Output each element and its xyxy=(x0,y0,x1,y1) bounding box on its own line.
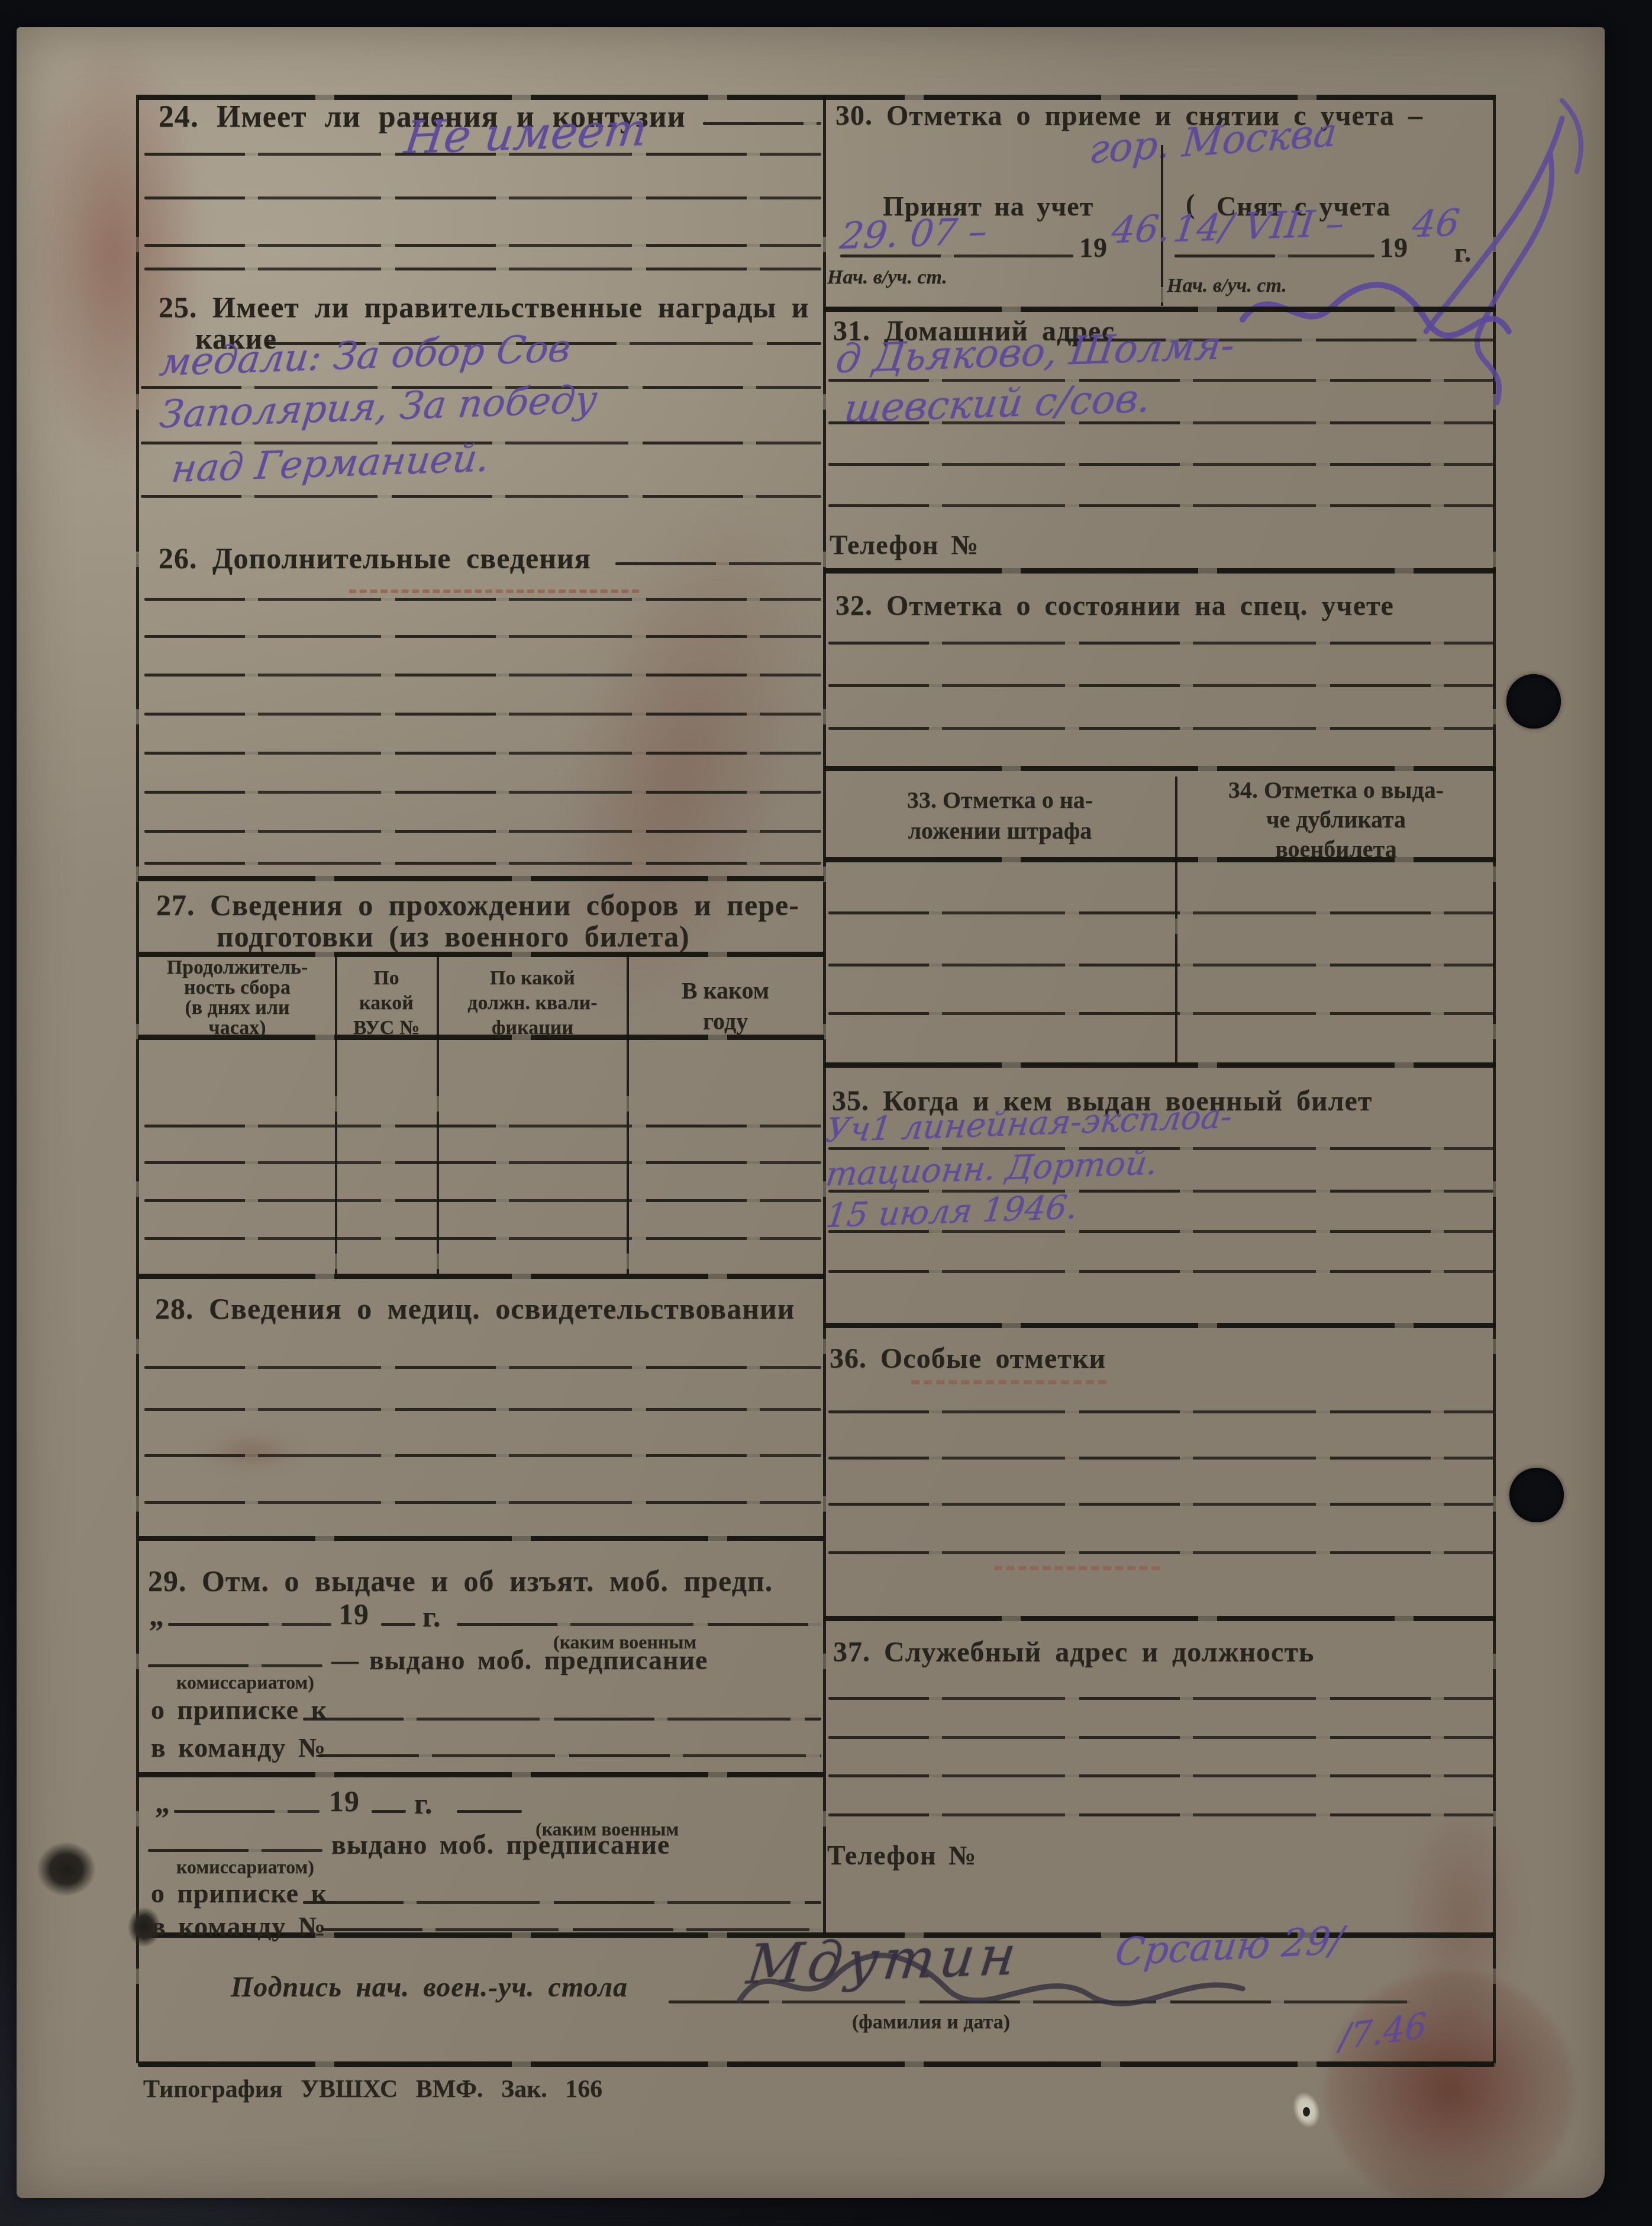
table-row-line xyxy=(828,964,1493,967)
item27-title-line2: подготовки (из военного билета) xyxy=(217,919,690,953)
blank-line xyxy=(457,1810,522,1813)
ruled-line xyxy=(828,421,1493,424)
ruled-line xyxy=(144,635,821,638)
col4-line1: В каком xyxy=(682,977,769,1004)
scanned-military-card-back: 24. Имеет ли ранения и контузии Не имеет… xyxy=(0,0,1652,2226)
vydano-label: выдано моб. предписание xyxy=(369,1644,708,1676)
punch-hole-bottom xyxy=(1509,1468,1564,1522)
item26-title-rule xyxy=(615,562,821,565)
blank-line xyxy=(148,1849,322,1852)
ruled-line xyxy=(144,153,821,156)
ruled-line xyxy=(828,1736,1493,1739)
paper-tear-speck xyxy=(1303,2107,1310,2117)
signature-section-bottom xyxy=(138,2061,1496,2067)
blank-line xyxy=(174,1810,320,1813)
komanda-label: в команду № xyxy=(151,1732,326,1763)
table-row-line xyxy=(144,1237,821,1240)
item25-title-line1: 25. Имеет ли правительственные награды и xyxy=(159,290,809,324)
ruled-line xyxy=(828,504,1493,507)
section27-top-border xyxy=(138,876,824,881)
ruled-line xyxy=(144,244,821,247)
ruled-line xyxy=(141,495,821,498)
ruled-line xyxy=(144,830,821,833)
blank-line xyxy=(381,1623,415,1626)
col4-line2: году xyxy=(703,1008,748,1035)
item30-handwriting-date-left: 29. 07 – xyxy=(838,209,990,257)
officer-signature-flourish xyxy=(1231,83,1609,473)
ruled-line xyxy=(828,463,1493,466)
komanda-label: в команду № xyxy=(151,1911,326,1942)
blank-line xyxy=(457,1623,821,1626)
year-prefix: 19 xyxy=(338,1597,369,1631)
col1-line1: Продолжитель- xyxy=(167,956,308,978)
punch-hole-top xyxy=(1506,674,1561,729)
red-smudge-small xyxy=(201,1438,302,1465)
ruled-line xyxy=(828,1457,1493,1460)
blank-line xyxy=(168,1623,331,1626)
item31-bottom-border xyxy=(824,568,1496,574)
blank-line xyxy=(372,1810,406,1813)
table-col1-header: Продолжитель- ность сбора (в днях или ча… xyxy=(142,958,333,1038)
year-prefix: 19 xyxy=(1079,232,1108,263)
item33-34-header-bottom xyxy=(824,857,1496,862)
blank-line xyxy=(318,1754,821,1757)
item33-line1: 33. Отметка о на- xyxy=(907,787,1093,813)
item35-bottom-border xyxy=(824,1323,1496,1328)
table-col3-header: По какой должн. квали- фикации xyxy=(439,966,626,1040)
pripiska-label: о приписке к xyxy=(151,1877,327,1909)
col3-line2: должн. квали- xyxy=(467,992,597,1014)
ruled-line xyxy=(828,379,1493,382)
ruled-line xyxy=(144,1366,821,1369)
ruled-line xyxy=(828,1813,1493,1816)
col1-line4: часах) xyxy=(208,1017,266,1039)
ruled-line xyxy=(828,1551,1493,1554)
table-row-line xyxy=(144,1199,821,1202)
year-prefix: 19 xyxy=(329,1784,360,1818)
red-stain-right-streak xyxy=(1396,1793,1527,2042)
item34-line1: 34. Отметка о выда- xyxy=(1228,777,1444,803)
komissariatom-hint: комиссариатом) xyxy=(176,1856,314,1878)
item33-line2: ложении штрафа xyxy=(908,817,1092,844)
red-dashed-mark xyxy=(349,589,639,597)
section28-bottom-border xyxy=(138,1536,824,1541)
year-suffix: г. xyxy=(414,1786,433,1821)
ruled-line xyxy=(144,598,821,601)
red-faint-mark xyxy=(911,1380,1106,1389)
form-center-divider xyxy=(823,95,826,1934)
ruled-line xyxy=(144,1454,821,1457)
ruled-line xyxy=(828,1697,1493,1700)
blank-line xyxy=(303,1718,821,1721)
komissariatom-hint: комиссариатом) xyxy=(176,1671,314,1693)
form-border-left xyxy=(136,95,139,2063)
ruled-line xyxy=(144,1501,821,1504)
ink-blot-border xyxy=(128,1907,161,1947)
typography-imprint: Типография УВШХС ВМФ. Зак. 166 xyxy=(143,2075,602,2103)
table-row-line xyxy=(828,911,1493,914)
ruled-line xyxy=(144,791,821,794)
vydano-label: выдано моб. предписание xyxy=(331,1829,670,1860)
table-bottom-border xyxy=(138,1274,824,1279)
item32-bottom-border xyxy=(824,766,1496,771)
table-col2-header: По какой ВУС № xyxy=(337,966,435,1040)
col3-line1: По какой xyxy=(490,967,575,989)
quote-mark: „ xyxy=(149,1598,164,1632)
item26-title: 26. Дополнительные сведения xyxy=(159,541,591,575)
item37-title: 37. Служебный адрес и должность xyxy=(833,1636,1314,1668)
ruled-line xyxy=(828,1190,1493,1193)
item28-title: 28. Сведения о медиц. освидетельствовани… xyxy=(155,1291,795,1326)
ruled-line xyxy=(828,1774,1493,1777)
red-faint-mark xyxy=(994,1566,1160,1574)
officer-label-left: Нач. в/уч. ст. xyxy=(827,266,947,289)
item36-title: 36. Особые отметки xyxy=(830,1342,1106,1375)
col3-line3: фикации xyxy=(492,1017,573,1039)
item24-title-rule xyxy=(703,122,821,125)
ruled-line xyxy=(144,196,821,199)
item34-header: 34. Отметка о выда- че дубликата военбил… xyxy=(1180,775,1492,864)
table-row-line xyxy=(144,1125,821,1128)
pripiska-label: о приписке к xyxy=(151,1694,327,1725)
year-suffix: г. xyxy=(422,1599,441,1634)
ruled-line xyxy=(828,1230,1493,1233)
col2-line2: какой xyxy=(359,992,414,1014)
blank-line xyxy=(148,1664,322,1667)
quote-mark: „ xyxy=(155,1785,170,1819)
item27-title-line1: 27. Сведения о прохождении сборов и пере… xyxy=(156,888,799,922)
col1-line2: ность сбора xyxy=(184,977,291,998)
ruled-line xyxy=(144,862,821,865)
ink-blot-left xyxy=(37,1842,96,1896)
item33-header: 33. Отметка о на- ложении штрафа xyxy=(828,785,1172,846)
ruled-line xyxy=(144,752,821,755)
ruled-line xyxy=(144,674,821,677)
ruled-line xyxy=(144,1408,821,1411)
item37-phone-label: Телефон № xyxy=(827,1840,976,1871)
table-col4-header: В каком году xyxy=(629,975,822,1037)
signature-caption: Подпись нач. воен.-уч. стола xyxy=(231,1971,628,2003)
item36-bottom-border xyxy=(824,1616,1496,1621)
item33-34-bottom-border xyxy=(824,1062,1496,1068)
item31-phone-label: Телефон № xyxy=(830,529,979,560)
ruled-line xyxy=(828,1270,1493,1273)
table-row-line xyxy=(144,1161,821,1164)
ruled-line xyxy=(828,1410,1493,1413)
blank-line xyxy=(303,1901,821,1904)
item33-34-divider xyxy=(1175,777,1177,1062)
col2-line1: По xyxy=(373,967,399,989)
ruled-line xyxy=(828,1503,1493,1506)
item34-line2: че дубликата xyxy=(1266,806,1406,833)
item29-divider xyxy=(138,1772,824,1777)
ruled-line xyxy=(828,684,1493,687)
item29-title: 29. Отм. о выдаче и об изъят. моб. предп… xyxy=(148,1564,773,1598)
ruled-line xyxy=(828,727,1493,730)
ruled-line xyxy=(144,268,821,270)
item30-bottom-border xyxy=(824,307,1496,312)
col2-line3: ВУС № xyxy=(353,1017,420,1039)
ruled-line xyxy=(828,1147,1493,1150)
vydano-dash: — xyxy=(331,1644,359,1676)
blank-line xyxy=(840,255,1073,257)
ruled-line xyxy=(144,713,821,716)
ruled-line xyxy=(828,642,1493,645)
table-row-line xyxy=(828,1012,1493,1015)
item30-handwriting-year-left: 46. xyxy=(1109,207,1173,252)
col1-line3: (в днях или xyxy=(185,997,289,1019)
item32-title: 32. Отметка о состоянии на спец. учете xyxy=(835,589,1394,622)
